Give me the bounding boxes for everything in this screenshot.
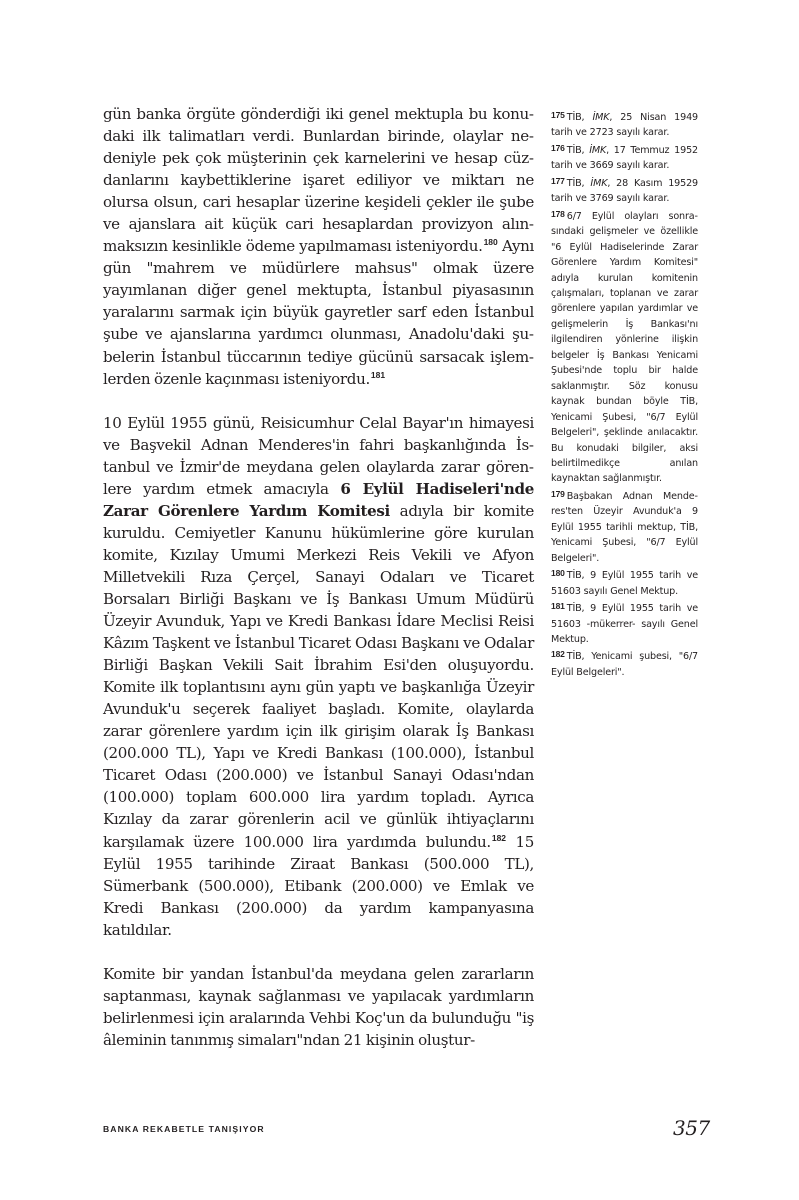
paragraph: Komite bir yandan İstanbul'da meydana ge… — [103, 963, 534, 1051]
italic-phrase: İMK — [592, 112, 609, 123]
running-title: BANKA REKABETLE TANIŞIYOR — [103, 1124, 265, 1134]
footnote-number: 179 — [551, 489, 565, 499]
footnote-reference[interactable]: 181 — [371, 370, 385, 380]
footnote-number: 176 — [551, 143, 565, 153]
book-page: gün banka örgüte gönderdiği iki genel me… — [0, 0, 799, 1200]
footnote: 177TİB, İMK, 28 Kasım 19529 tarih ve 376… — [551, 174, 698, 207]
footnote-number: 178 — [551, 209, 565, 219]
footnotes-column: 175TİB, İMK, 25 Nisan 1949 tarih ve 2723… — [551, 108, 698, 680]
footnote-number: 175 — [551, 110, 565, 120]
footnote-number: 181 — [551, 601, 565, 611]
footnote: 182TİB, Yenicami şubesi, "6/7 Eylül Belg… — [551, 647, 698, 680]
footnote: 180TİB, 9 Eylül 1955 tarih ve 51603 sayı… — [551, 566, 698, 599]
italic-phrase: İMK — [589, 145, 606, 156]
footnote-number: 180 — [551, 568, 565, 578]
main-text-column: gün banka örgüte gönderdiği iki genel me… — [103, 103, 534, 1051]
footnote: 179Başbakan Adnan Mende­res'ten Üzeyir A… — [551, 487, 698, 566]
footnote: 1786/7 Eylül olayları sonra­sındaki geli… — [551, 207, 698, 487]
footnote-reference[interactable]: 180 — [484, 237, 498, 247]
footnote: 181TİB, 9 Eylül 1955 tarih ve 51603 -mük… — [551, 599, 698, 647]
footnote-reference[interactable]: 182 — [492, 833, 506, 843]
paragraph: 10 Eylül 1955 günü, Reisicumhur Celal Ba… — [103, 412, 534, 941]
page-number: 357 — [673, 1116, 710, 1140]
footnote-number: 177 — [551, 176, 565, 186]
footnote: 175TİB, İMK, 25 Nisan 1949 tarih ve 2723… — [551, 108, 698, 141]
bold-phrase: 6 Eylül Hadiseleri'nde Zarar Görenlere Y… — [103, 480, 534, 520]
footnote: 176TİB, İMK, 17 Temmuz 1952 tarih ve 366… — [551, 141, 698, 174]
footnote-number: 182 — [551, 649, 565, 659]
paragraph: gün banka örgüte gönderdiği iki genel me… — [103, 103, 534, 390]
italic-phrase: İMK — [590, 178, 607, 189]
